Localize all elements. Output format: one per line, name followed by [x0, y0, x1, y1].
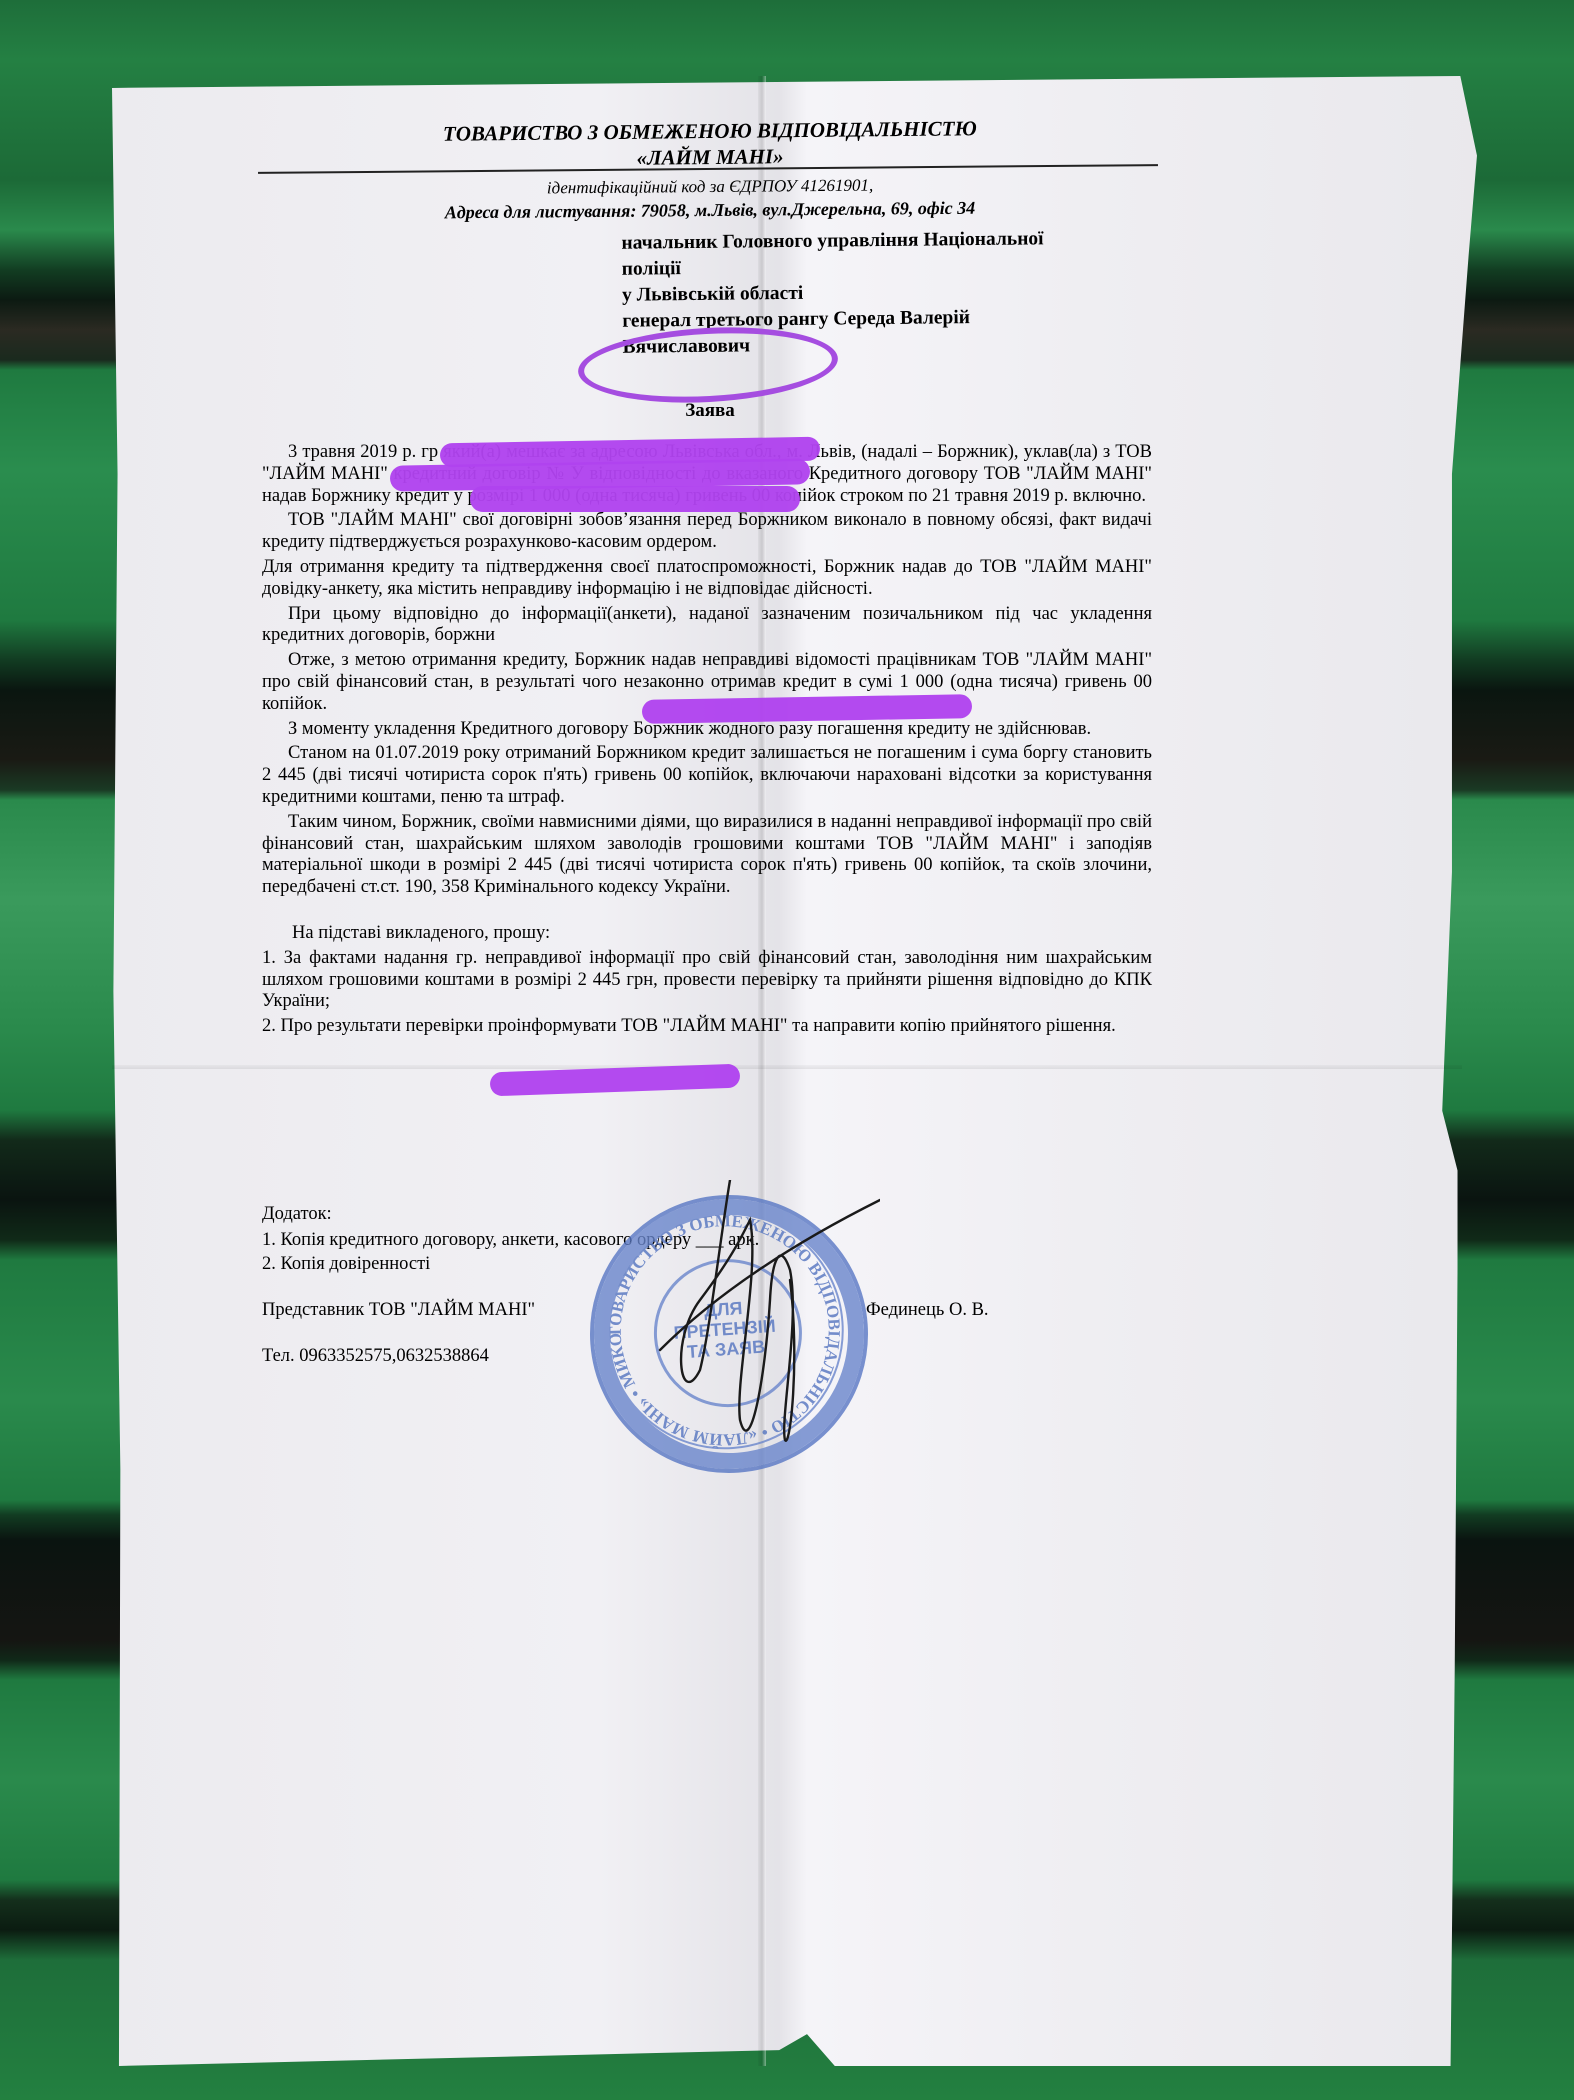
- document-body: 3 травня 2019 р. гр який(а) мешкає за ад…: [262, 442, 1152, 1041]
- attachments-label: Додаток:: [262, 1203, 332, 1225]
- contact-phone: Тел. 0963352575,0632538864: [262, 1345, 489, 1367]
- paragraph: При цьому відповідно до інформації(анкет…: [262, 604, 1152, 648]
- request-item: 2. Про результати перевірки проінформува…: [262, 1016, 1152, 1038]
- signatory-name: Фединець О. В.: [866, 1299, 989, 1321]
- signatory-role: Представник ТОВ "ЛАЙМ МАНІ": [262, 1299, 535, 1321]
- paragraph: Для отримання кредиту та підтвердження с…: [262, 557, 1152, 601]
- handwritten-signature: [640, 1180, 880, 1480]
- paragraph: ТОВ "ЛАЙМ МАНІ" свої договірні зобов’яза…: [262, 510, 1152, 554]
- request-intro: На підставі викладеного, прошу:: [262, 923, 1152, 945]
- paragraph: Таким чином, Боржник, своїми навмисними …: [262, 812, 1152, 899]
- document-title: Заява: [260, 400, 1160, 422]
- redaction-mark: [470, 486, 800, 512]
- request-item: 1. За фактами надання гр. неправдивої ін…: [262, 948, 1152, 1013]
- paragraph: Станом на 01.07.2019 року отриманий Борж…: [262, 743, 1152, 808]
- attachment-item: 2. Копія довіренності: [262, 1253, 430, 1275]
- horizontal-fold-crease: [112, 1065, 1462, 1069]
